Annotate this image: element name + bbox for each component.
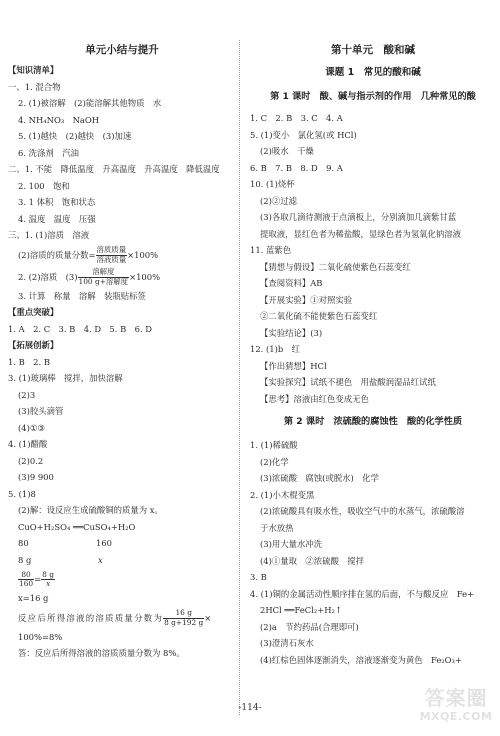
formula-suffix: ×100% — [127, 250, 158, 260]
answer-line: 2. (1)被溶解 (2)能溶解其他物质 水 — [8, 95, 236, 112]
fraction-denominator: 溶液质量 — [96, 256, 128, 265]
answer-line: 4. 温度 温度 压强 — [8, 211, 236, 228]
answer-line: (2)a 节约药品(合理即可) — [250, 619, 496, 636]
answer-line: 二、1. 不能 降低温度 升高温度 升高温度 降低温度 — [8, 161, 236, 178]
cuso4-molar-mass: 160 — [96, 535, 112, 552]
answer-line: (4)①③ — [8, 420, 236, 437]
proportion-equation: 80160=8 gx — [8, 568, 236, 590]
section-key-points: 【重点突破】 — [8, 304, 236, 321]
fraction-denominator: 100 g+溶解度 — [78, 278, 130, 287]
answer-line: 3. 计算 称量 溶解 装瓶贴标签 — [8, 288, 236, 305]
answer-line: (2)0.2 — [8, 453, 236, 470]
answer-line: 10. (1)烧杯 — [250, 176, 496, 193]
section-knowledge-list: 【知识清单】 — [8, 62, 236, 79]
final-answer: 答：反应后所得溶液的溶质质量分数为 8%。 — [8, 645, 236, 662]
answer-line: 3. 1 体积 饱和状态 — [8, 194, 236, 211]
answer-line: 4. NH₄NO₃ NaOH — [8, 112, 236, 129]
answer-line: 【作出猜想】HCl — [250, 358, 496, 375]
formula-suffix: × — [204, 613, 211, 623]
answer-line: 2. 100 饱和 — [8, 178, 236, 195]
watermark-url: MXQE.COM — [415, 710, 497, 724]
cuo-molar-mass: 80 — [18, 538, 29, 548]
answer-line: (3)各取几滴待测液于点滴板上，分别滴加几滴紫甘蓝 — [250, 209, 496, 226]
section-extension: 【拓展创新】 — [8, 337, 236, 354]
answer-line: (2)化学 — [250, 454, 496, 471]
topic-title: 课题 1 常见的酸和碱 — [250, 62, 496, 84]
answer-line: 1. B 2. B — [8, 354, 236, 371]
answer-line: 5. (1)变小 氯化氢(或 HCl) — [250, 127, 496, 144]
fraction: 溶解度100 g+溶解度 — [78, 268, 130, 286]
answer-line: 2. (1)小木棍变黑 — [250, 487, 496, 504]
fraction-denominator: 160 — [18, 580, 34, 589]
fraction: 16 g8 g+192 g — [163, 609, 204, 627]
answer-line: 11. 蓝紫色 — [250, 242, 496, 259]
lesson1-title: 第 1 课时 酸、碱与指示剂的作用 几种常见的酸 — [250, 84, 496, 110]
answer-line: 4. (1)铜的金属活动性顺序排在氢的后面，不与酸反应 Fe+ — [250, 586, 496, 603]
answer-line: ②二氧化硫不能使紫色石蕊变红 — [250, 308, 496, 325]
unit-title: 第十单元 酸和碱 — [250, 38, 496, 62]
answer-line: 5. (1)越快 (2)越快 (3)加速 — [8, 128, 236, 145]
answer-line: (2)3 — [8, 387, 236, 404]
answer-line: (4)①量取 ②浓硫酸 搅拌 — [250, 553, 496, 570]
column-divider — [239, 40, 240, 715]
given-mass-row: 8 g x — [8, 552, 236, 569]
watermark-logo: 答案圈 MXQE.COM — [415, 686, 497, 724]
answer-line: 【实验探究】试纸不褪色 用盐酸润湿品红试纸 — [250, 374, 496, 391]
answer-line: 4. (1)醋酸 — [8, 436, 236, 453]
answer-line: 6. B 7. B 8. D 9. A — [250, 160, 496, 177]
answer-line: (3)浓硫酸 腐蚀(或脱水) 化学 — [250, 470, 496, 487]
answer-line: 1. A 2. C 3. B 4. D 5. B 6. D — [8, 321, 236, 338]
answer-page: 单元小结与提升 【知识清单】 一、1. 混合物 2. (1)被溶解 (2)能溶解… — [0, 0, 500, 736]
formula-prefix: (2)溶质的质量分数= — [18, 250, 96, 260]
fraction: 80160 — [18, 571, 34, 589]
answer-line: (2)吸水 干燥 — [250, 143, 496, 160]
answer-line: 100%=8% — [8, 629, 236, 646]
answer-line: (2)②过滤 — [250, 193, 496, 210]
mass-fraction-formula: (2)溶质的质量分数=溶质质量溶液质量×100% — [8, 244, 236, 266]
mass-ratio-row: 80 160 — [8, 535, 236, 552]
answer-line: (2)解：设反应生成硫酸铜的质量为 x。 — [8, 502, 236, 519]
answer-line: 【思考】溶液由红色变成无色 — [250, 391, 496, 408]
fraction-denominator: 8 g+192 g — [163, 619, 204, 628]
answer-line: 3. (1)玻璃棒 搅拌，加快溶解 — [8, 370, 236, 387]
answer-line: 1. C 2. B 3. C 4. A — [250, 110, 496, 127]
unit-summary-title: 单元小结与提升 — [8, 38, 236, 62]
right-column: 第十单元 酸和碱 课题 1 常见的酸和碱 第 1 课时 酸、碱与指示剂的作用 几… — [250, 38, 496, 668]
answer-line: 【猜想与假设】二氧化硫使紫色石蕊变红 — [250, 259, 496, 276]
fraction-denominator: x — [41, 580, 55, 589]
answer-line: 提取液，显红色者为稀盐酸，显绿色者为氢氧化钠溶液 — [250, 226, 496, 243]
cuo-given-mass: 8 g — [18, 555, 31, 565]
formula-prefix: 2. (2)溶质 (3) — [18, 272, 78, 282]
watermark-text: 答案圈 — [415, 686, 497, 710]
answer-line: (3)9 900 — [8, 469, 236, 486]
answer-line: x=16 g — [8, 590, 236, 607]
answer-line: (3)胶头滴管 — [8, 403, 236, 420]
answer-line: 6. 洗涤剂 汽油 — [8, 145, 236, 162]
answer-line: 【开展实验】①对照实验 — [250, 292, 496, 309]
answer-line: 1. (1)稀硫酸 — [250, 437, 496, 454]
answer-line: 5. (1)8 — [8, 486, 236, 503]
answer-line: (3)澄清石灰水 — [250, 635, 496, 652]
lesson2-title: 第 2 课时 浓硫酸的腐蚀性 酸的化学性质 — [250, 407, 496, 437]
formula-prefix: 反应后所得溶液的溶质质量分数为 — [18, 613, 163, 623]
answer-line: 12. (1)b 红 — [250, 341, 496, 358]
cuso4-unknown: x — [98, 552, 103, 569]
fraction: 溶质质量溶液质量 — [96, 246, 128, 264]
left-column: 单元小结与提升 【知识清单】 一、1. 混合物 2. (1)被溶解 (2)能溶解… — [8, 38, 236, 662]
answer-line: 【查阅资料】AB — [250, 275, 496, 292]
mass-fraction-calc: 反应后所得溶液的溶质质量分数为16 g8 g+192 g× — [8, 607, 236, 629]
answer-line: 一、1. 混合物 — [8, 79, 236, 96]
fraction: 8 gx — [41, 571, 55, 589]
answer-line: 3. B — [250, 569, 496, 586]
answer-line: (4)红棕色固体逐渐消失，溶液逐渐变为黄色 Fe₂O₃+ — [250, 652, 496, 669]
chemical-equation: 2HCl ══FeCl₂+H₂↑ — [250, 602, 496, 619]
answer-line: 三、1. (1)溶质 溶液 — [8, 227, 236, 244]
answer-line: (3)用大量水冲洗 — [250, 536, 496, 553]
formula-suffix: ×100% — [129, 272, 160, 282]
solubility-formula: 2. (2)溶质 (3)溶解度100 g+溶解度×100% — [8, 266, 236, 288]
chemical-equation: CuO+H₂SO₄ ══CuSO₄+H₂O — [8, 519, 236, 536]
answer-line: 【实验结论】(3) — [250, 325, 496, 342]
answer-line: (2)浓硫酸具有吸水性，吸收空气中的水蒸气，浓硫酸溶 — [250, 503, 496, 520]
answer-line: 于水放热 — [250, 520, 496, 537]
